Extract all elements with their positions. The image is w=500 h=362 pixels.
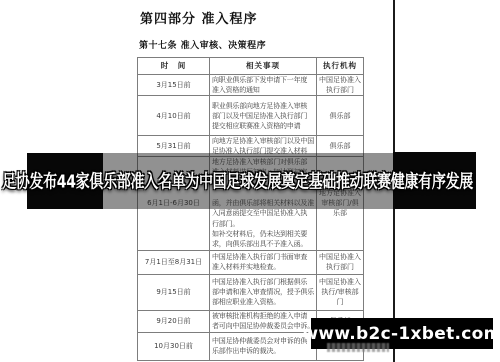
table-row: 4月10日前 职业俱乐部向地方足协准入审核 部门以及中国足协准入执行部门 提交相…	[138, 96, 364, 136]
cell-agency: 中国足协准入执行部门	[317, 250, 364, 274]
cell-agency: 中国足协准入执行部门	[317, 75, 364, 96]
blurred-watermark-text	[327, 343, 389, 352]
cell-matter: 中国足协准入执行部门根据俱乐 部申请和准入审查情况，授予俱乐 部相应职业准入资格…	[210, 274, 317, 310]
header-time: 时 间	[138, 58, 210, 75]
cell-matter: 中国足协准入执行部门书面审查 准入材料并实地检查。	[210, 250, 317, 274]
cell-matter: 被审核批准机构拒绝的准入申请 者可向中国足协仲裁委员会申诉。	[210, 310, 317, 332]
cell-matter: 中国足协仲裁委员会对申诉的俱 乐部作出申诉的裁决。	[210, 332, 317, 360]
header-matter: 相关事项	[210, 58, 317, 75]
cell-agency: 俱乐部	[317, 96, 364, 136]
table-row: 3月15日前 向职业俱乐部下发申请下一年度 准入资格的通知 中国足协准入执行部门	[138, 75, 364, 96]
header-agency: 执行机构	[317, 58, 364, 75]
headline-overlay-text: 足协发布44家俱乐部准入名单为中国足球发展奠定基础推动联赛健康有序发展	[2, 145, 498, 217]
cell-matter: 职业俱乐部向地方足协准入审核 部门以及中国足协准入执行部门 提交相应联赛准入资格…	[210, 96, 317, 136]
part-title: 第四部分 准入程序	[140, 8, 258, 27]
cell-time: 10月30日前	[138, 332, 210, 360]
table-header-row: 时 间 相关事项 执行机构	[138, 58, 364, 75]
article-title: 第十七条 准入审核、决策程序	[139, 38, 266, 51]
table-row: 9月15日前 中国足协准入执行部门根据俱乐 部申请和准入审查情况，授予俱乐 部相…	[138, 274, 364, 310]
cell-agency: 中国足协准入执行/审核部门	[317, 274, 364, 310]
watermark-url-text: www.b2c-1xbet.com	[302, 324, 500, 344]
cell-time: 7月1日至8月31日	[138, 250, 210, 274]
cell-time: 9月15日前	[138, 274, 210, 310]
cell-matter: 向职业俱乐部下发申请下一年度 准入资格的通知	[210, 75, 317, 96]
cell-time: 3月15日前	[138, 75, 210, 96]
cell-time: 4月10日前	[138, 96, 210, 136]
table-row: 7月1日至8月31日 中国足协准入执行部门书面审查 准入材料并实地检查。 中国足…	[138, 250, 364, 274]
cell-time: 9月20日前	[138, 310, 210, 332]
document-page: 第四部分 准入程序 第十七条 准入审核、决策程序 时 间 相关事项 执行机构 3…	[0, 0, 500, 362]
